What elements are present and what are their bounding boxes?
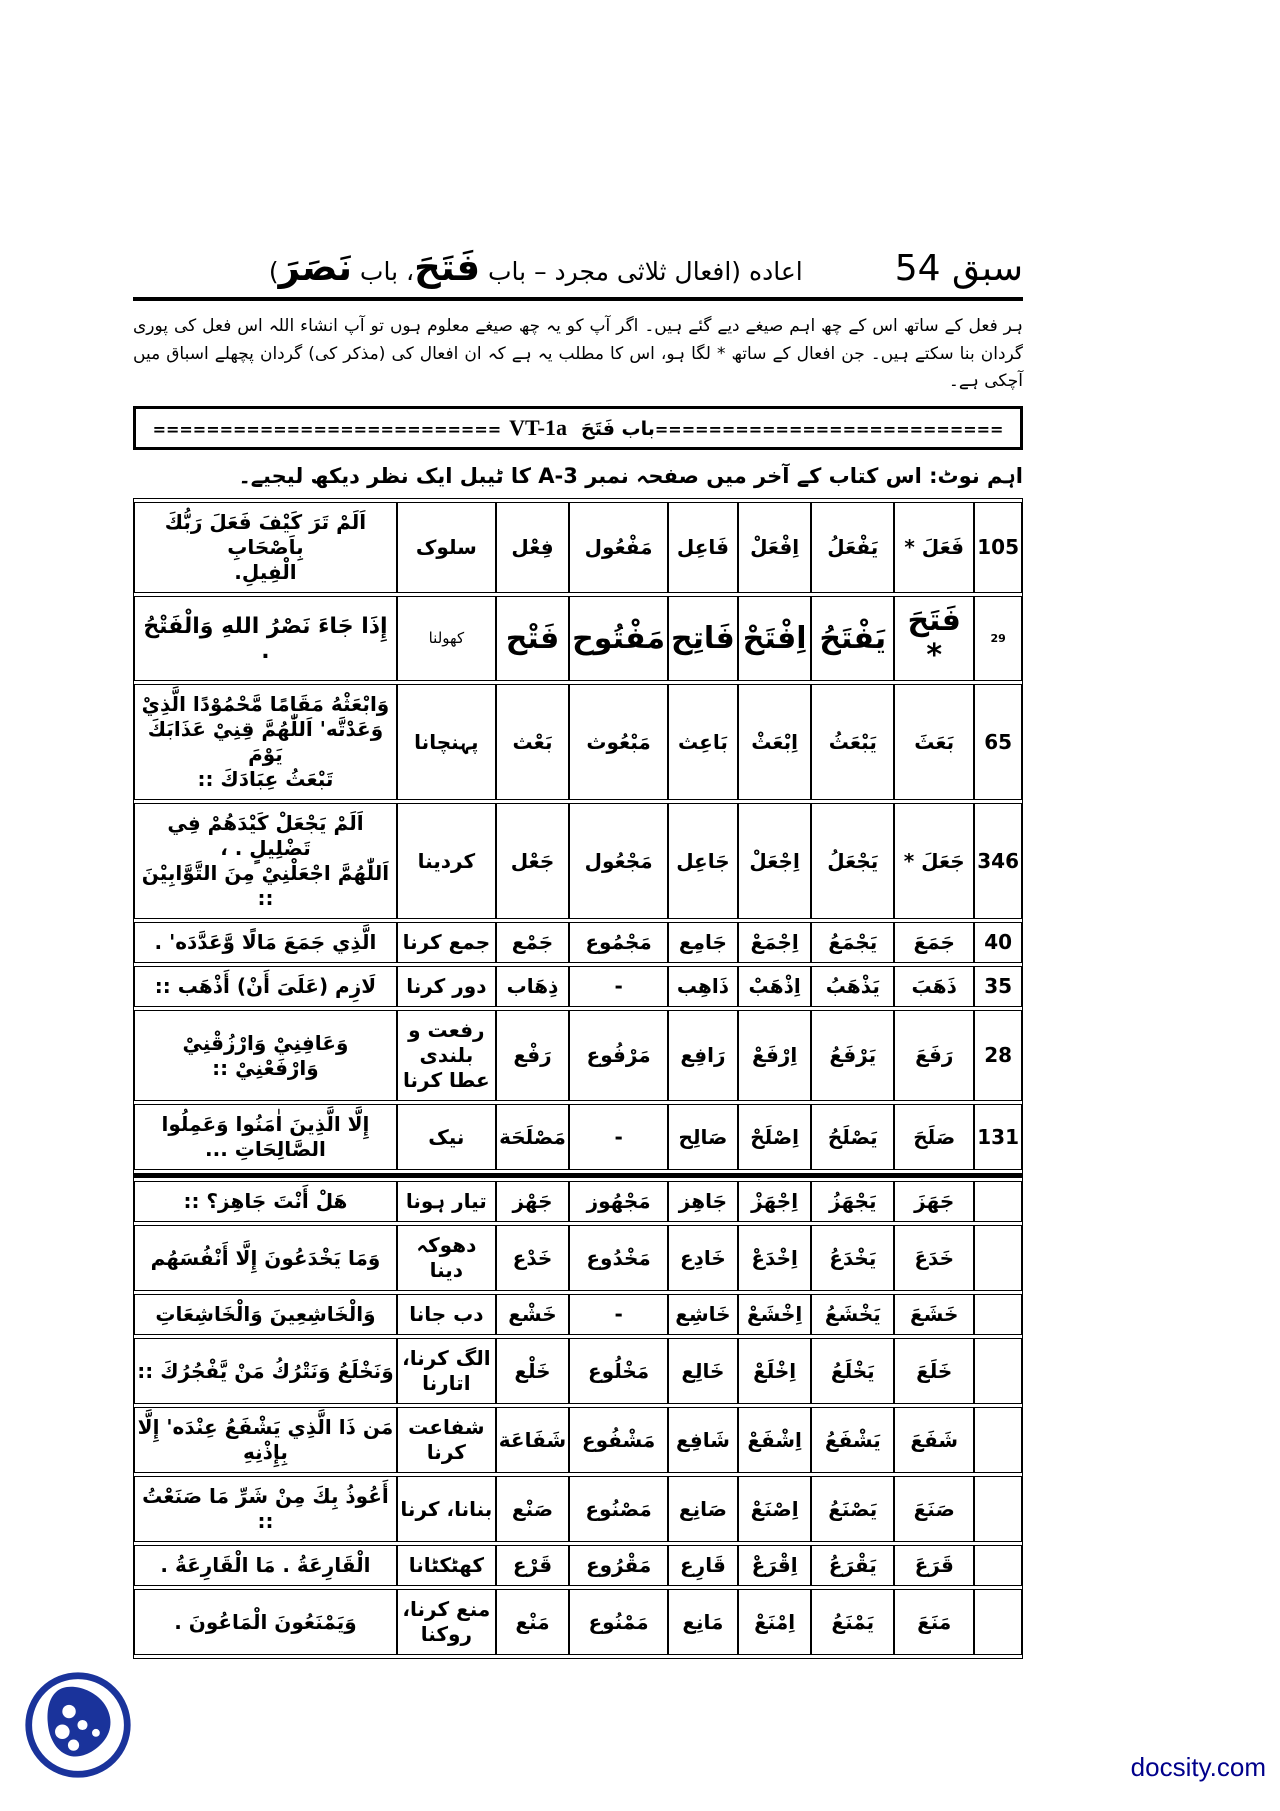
table-row: 29فَتَحَ *يَفْتَحُاِفْتَحْفَاتِحمَفْتُوح… (134, 596, 1022, 681)
cell-active: خَالِع (668, 1338, 738, 1404)
cell-masdar: خَدْع (496, 1225, 569, 1291)
verb-table-body: 105فَعَلَ *يَفْعَلُاِفْعَلْفَاعِلمَفْعُو… (134, 502, 1022, 1655)
cell-example: الَّذِي جَمَعَ مَالًا وَّعَدَّدَه' . (134, 922, 397, 963)
cell-active: خَادِع (668, 1225, 738, 1291)
cell-past: خَدَعَ (894, 1225, 974, 1291)
cell-passive: مَجْعُول (569, 803, 668, 919)
cell-present: يَذْهَبُ (811, 966, 894, 1007)
cell-past: صَلَحَ (894, 1104, 974, 1170)
docsity-brand-link[interactable]: docsity.com (1131, 1752, 1266, 1783)
cell-past: شَفَعَ (894, 1407, 974, 1473)
cell-imp: اِجْهَزْ (738, 1181, 812, 1222)
cell-passive: مَفْعُول (569, 502, 668, 593)
cell-present: يَفْتَحُ (811, 596, 894, 681)
cell-imp: اِذْهَبْ (738, 966, 812, 1007)
cell-active: جَامِع (668, 922, 738, 963)
cell-meaning: الگ کرنا، اتارنا (397, 1338, 496, 1404)
cell-imp: اِخْلَعْ (738, 1338, 812, 1404)
cell-passive: مَخْدُوع (569, 1225, 668, 1291)
cell-passive: مَبْعُوث (569, 684, 668, 800)
cell-meaning: پہنچانا (397, 684, 496, 800)
section-separator (134, 1173, 1022, 1178)
table-row: خَلَعَيَخْلَعُاِخْلَعْخَالِعمَخْلُوعخَلْ… (134, 1338, 1022, 1404)
cell-masdar: مَصْلَحَة (496, 1104, 569, 1170)
cell-example: الْقَارِعَةُ . مَا الْقَارِعَةُ . (134, 1545, 397, 1586)
cell-present: يَصْلَحُ (811, 1104, 894, 1170)
cell-num (974, 1338, 1022, 1404)
scanned-document-page: { "header": { "lesson_label": "سبق 54", … (0, 0, 1280, 1811)
cell-present: يَخْشَعُ (811, 1294, 894, 1335)
cell-past: بَعَثَ (894, 684, 974, 800)
cell-meaning: نیک (397, 1104, 496, 1170)
cell-present: يَخْدَعُ (811, 1225, 894, 1291)
cell-meaning: دب جانا (397, 1294, 496, 1335)
cell-active: جَاهِز (668, 1181, 738, 1222)
table-row: 35ذَهَبَيَذْهَبُاِذْهَبْذَاهِب-ذِهَابدور… (134, 966, 1022, 1007)
cell-masdar: شَفَاعَة (496, 1407, 569, 1473)
cell-example: وَابْعَثْهُ مَقَامًا مَّحْمُوْدًا الَّذِ… (134, 684, 397, 800)
table-row: جَهَزَيَجْهَزُاِجْهَزْجَاهِزمَجْهُوزجَهْ… (134, 1181, 1022, 1222)
cell-present: يَصْنَعُ (811, 1476, 894, 1542)
cell-present: يَجْهَزُ (811, 1181, 894, 1222)
cell-meaning: رفعت و بلندی عطا کرنا (397, 1010, 496, 1101)
table-row: مَنَعَيَمْنَعُاِمْنَعْمَانِعمَمْنُوعمَنْ… (134, 1589, 1022, 1655)
cell-past: خَشَعَ (894, 1294, 974, 1335)
table-row: خَدَعَيَخْدَعُاِخْدَعْخَادِعمَخْدُوعخَدْ… (134, 1225, 1022, 1291)
cell-num: 28 (974, 1010, 1022, 1101)
cell-past: فَتَحَ * (894, 596, 974, 681)
cell-active: قَارِع (668, 1545, 738, 1586)
cell-num (974, 1589, 1022, 1655)
cell-num: 131 (974, 1104, 1022, 1170)
banner-equals-right: ========================== (655, 420, 1004, 439)
cell-present: يَمْنَعُ (811, 1589, 894, 1655)
cell-meaning: شفاعت کرنا (397, 1407, 496, 1473)
cell-present: يَخْلَعُ (811, 1338, 894, 1404)
banner-code: VT-1a (501, 415, 581, 440)
cell-passive: مَجْمُوع (569, 922, 668, 963)
cell-masdar: خَشْع (496, 1294, 569, 1335)
cell-active: مَانِع (668, 1589, 738, 1655)
cell-passive: - (569, 1294, 668, 1335)
cell-active: فَاتِح (668, 596, 738, 681)
cell-masdar: ذِهَاب (496, 966, 569, 1007)
table-row: خَشَعَيَخْشَعُاِخْشَعْخَاشِع-خَشْعدب جان… (134, 1294, 1022, 1335)
cell-masdar: مَنْع (496, 1589, 569, 1655)
cell-num: 346 (974, 803, 1022, 919)
table-row: 346جَعَلَ *يَجْعَلُاِجْعَلْجَاعِلمَجْعُو… (134, 803, 1022, 919)
cell-meaning: جمع کرنا (397, 922, 496, 963)
cell-example: وَالْخَاشِعِينَ وَالْخَاشِعَاتِ (134, 1294, 397, 1335)
cell-imp: اِفْتَحْ (738, 596, 812, 681)
title-text: ، باب (352, 257, 414, 286)
docsity-logo-icon (22, 1668, 134, 1782)
cell-example: أَعُوذُ بِكَ مِنْ شَرِّ مَا صَنَعْتُ :: (134, 1476, 397, 1542)
cell-passive: مَفْتُوح (569, 596, 668, 681)
cell-num (974, 1225, 1022, 1291)
banner-bab-label: باب فَتَحَ (581, 418, 655, 440)
cell-past: مَنَعَ (894, 1589, 974, 1655)
cell-past: جَهَزَ (894, 1181, 974, 1222)
cell-active: خَاشِع (668, 1294, 738, 1335)
cell-imp: اِقْرَعْ (738, 1545, 812, 1586)
cell-example: لَازِم (عَلَىَ أَنْ) أَذْهَب :: (134, 966, 397, 1007)
cell-passive: مَشْفُوع (569, 1407, 668, 1473)
banner-equals-left: ========================== (153, 420, 502, 439)
cell-meaning: کردینا (397, 803, 496, 919)
cell-num (974, 1476, 1022, 1542)
title-bab-fataha: فَتَحَ (414, 246, 480, 289)
cell-active: فَاعِل (668, 502, 738, 593)
cell-imp: اِشْفَعْ (738, 1407, 812, 1473)
cell-active: جَاعِل (668, 803, 738, 919)
cell-present: يَبْعَثُ (811, 684, 894, 800)
cell-past: قَرَعَ (894, 1545, 974, 1586)
table-row: شَفَعَيَشْفَعُاِشْفَعْشَافِعمَشْفُوعشَفَ… (134, 1407, 1022, 1473)
cell-present: يَرْفَعُ (811, 1010, 894, 1101)
title-divider (133, 297, 1023, 301)
cell-imp: اِخْدَعْ (738, 1225, 812, 1291)
cell-num: 105 (974, 502, 1022, 593)
cell-past: صَنَعَ (894, 1476, 974, 1542)
cell-past: خَلَعَ (894, 1338, 974, 1404)
cell-imp: اِجْعَلْ (738, 803, 812, 919)
cell-present: يَجْمَعُ (811, 922, 894, 963)
verb-table: 105فَعَلَ *يَفْعَلُاِفْعَلْفَاعِلمَفْعُو… (133, 498, 1023, 1659)
important-note: اہم نوٹ: اس کتاب کے آخر میں صفحہ نمبر A-… (133, 464, 1023, 488)
title-text: اعاده (افعال ثلاثی مجرد – باب (480, 257, 803, 286)
table-row: قَرَعَيَقْرَعُاِقْرَعْقَارِعمَقْرُوعقَرْ… (134, 1545, 1022, 1586)
cell-meaning: بنانا، کرنا (397, 1476, 496, 1542)
cell-active: صَالِح (668, 1104, 738, 1170)
cell-imp: اِرْفَعْ (738, 1010, 812, 1101)
table-row: 65بَعَثَيَبْعَثُاِبْعَثْبَاعِثمَبْعُوثبَ… (134, 684, 1022, 800)
page-title: اعاده (افعال ثلاثی مجرد – باب فَتَحَ، با… (269, 246, 803, 289)
document-content: سبق 54 اعاده (افعال ثلاثی مجرد – باب فَت… (133, 0, 1023, 1659)
cell-num: 65 (974, 684, 1022, 800)
cell-example: اَلَمْ يَجْعَلْ كَيْدَهُمْ فِي تَضْلِيلٍ… (134, 803, 397, 919)
cell-imp: اِفْعَلْ (738, 502, 812, 593)
cell-masdar: فِعْل (496, 502, 569, 593)
table-row: 28رَفَعَيَرْفَعُاِرْفَعْرَافِعمَرْفُوعرَ… (134, 1010, 1022, 1101)
cell-meaning: دور کرنا (397, 966, 496, 1007)
cell-masdar: فَتْح (496, 596, 569, 681)
cell-passive: مَصْنُوع (569, 1476, 668, 1542)
cell-num (974, 1294, 1022, 1335)
cell-num: 29 (974, 596, 1022, 681)
cell-num: 40 (974, 922, 1022, 963)
cell-meaning: تیار ہونا (397, 1181, 496, 1222)
cell-num (974, 1545, 1022, 1586)
cell-example: إِذَا جَاءَ نَصْرُ اللهِ وَالْفَتْحُ . (134, 596, 397, 681)
cell-meaning: دھوکہ دینا (397, 1225, 496, 1291)
cell-imp: اِمْنَعْ (738, 1589, 812, 1655)
table-row: 131صَلَحَيَصْلَحُاِصْلَحْصَالِح-مَصْلَحَ… (134, 1104, 1022, 1170)
cell-imp: اِخْشَعْ (738, 1294, 812, 1335)
cell-present: يَقْرَعُ (811, 1545, 894, 1586)
cell-past: فَعَلَ * (894, 502, 974, 593)
cell-present: يَشْفَعُ (811, 1407, 894, 1473)
cell-past: ذَهَبَ (894, 966, 974, 1007)
cell-imp: اِجْمَعْ (738, 922, 812, 963)
cell-imp: اِصْلَحْ (738, 1104, 812, 1170)
cell-passive: - (569, 1104, 668, 1170)
cell-active: رَافِع (668, 1010, 738, 1101)
cell-example: وَمَا يَخْدَعُونَ إِلَّا أَنْفُسَهُم (134, 1225, 397, 1291)
intro-paragraph: ہر فعل کے ساتھ اس کے چھ اہم صیغے دیے گئے… (133, 313, 1023, 396)
cell-example: هَلْ أَنْتَ جَاهِز؟ :: (134, 1181, 397, 1222)
table-row: 105فَعَلَ *يَفْعَلُاِفْعَلْفَاعِلمَفْعُو… (134, 502, 1022, 593)
cell-passive: مَرْفُوع (569, 1010, 668, 1101)
cell-masdar: صَنْع (496, 1476, 569, 1542)
cell-passive: - (569, 966, 668, 1007)
cell-example: اَلَمْ تَرَ كَيْفَ فَعَلَ رَبُّكَ بِاَصْ… (134, 502, 397, 593)
cell-example: وَيَمْنَعُونَ الْمَاعُونَ . (134, 1589, 397, 1655)
cell-meaning: سلوک (397, 502, 496, 593)
cell-example: وَنَخْلَعُ وَنَتْرُكُ مَنْ يَّفْجُرُكَ :… (134, 1338, 397, 1404)
cell-masdar: جَعْل (496, 803, 569, 919)
cell-imp: اِصْنَعْ (738, 1476, 812, 1542)
cell-masdar: رَفْع (496, 1010, 569, 1101)
table-row: 40جَمَعَيَجْمَعُاِجْمَعْجَامِعمَجْمُوعجَ… (134, 922, 1022, 963)
table-row: صَنَعَيَصْنَعُاِصْنَعْصَانِعمَصْنُوعصَنْ… (134, 1476, 1022, 1542)
cell-num: 35 (974, 966, 1022, 1007)
cell-passive: مَقْرُوع (569, 1545, 668, 1586)
cell-active: شَافِع (668, 1407, 738, 1473)
section-banner: ==========================VT-1aباب فَتَح… (133, 406, 1023, 451)
title-text: ) (269, 257, 279, 286)
cell-active: بَاعِث (668, 684, 738, 800)
cell-masdar: خَلْع (496, 1338, 569, 1404)
cell-masdar: جَهْز (496, 1181, 569, 1222)
cell-past: جَعَلَ * (894, 803, 974, 919)
cell-present: يَجْعَلُ (811, 803, 894, 919)
cell-imp: اِبْعَثْ (738, 684, 812, 800)
cell-active: ذَاهِب (668, 966, 738, 1007)
cell-masdar: جَمْع (496, 922, 569, 963)
lesson-title: سبق 54 اعاده (افعال ثلاثی مجرد – باب فَت… (133, 246, 1023, 289)
cell-active: صَانِع (668, 1476, 738, 1542)
cell-present: يَفْعَلُ (811, 502, 894, 593)
cell-num (974, 1181, 1022, 1222)
cell-example: مَن ذَا الَّذِي يَشْفَعُ عِنْدَه' إِلَّا… (134, 1407, 397, 1473)
title-bab-nasara: نَصَرَ (279, 246, 352, 289)
cell-num (974, 1407, 1022, 1473)
cell-meaning: منع کرنا، روکنا (397, 1589, 496, 1655)
cell-past: جَمَعَ (894, 922, 974, 963)
cell-passive: مَمْنُوع (569, 1589, 668, 1655)
cell-past: رَفَعَ (894, 1010, 974, 1101)
cell-meaning: کھولنا (397, 596, 496, 681)
separator-bar (134, 1173, 1022, 1178)
cell-masdar: بَعْث (496, 684, 569, 800)
cell-example: وَعَافِنِيْ وَارْزُقْنِيْ وَارْفَعْنِيْ … (134, 1010, 397, 1101)
cell-passive: مَخْلُوع (569, 1338, 668, 1404)
lesson-number: سبق 54 (895, 248, 1023, 289)
cell-meaning: کھٹکٹانا (397, 1545, 496, 1586)
cell-passive: مَجْهُوز (569, 1181, 668, 1222)
cell-masdar: قَرْع (496, 1545, 569, 1586)
cell-example: إِلَّا الَّذِينَ اٰمَنُوا وَعَمِلُوا الص… (134, 1104, 397, 1170)
